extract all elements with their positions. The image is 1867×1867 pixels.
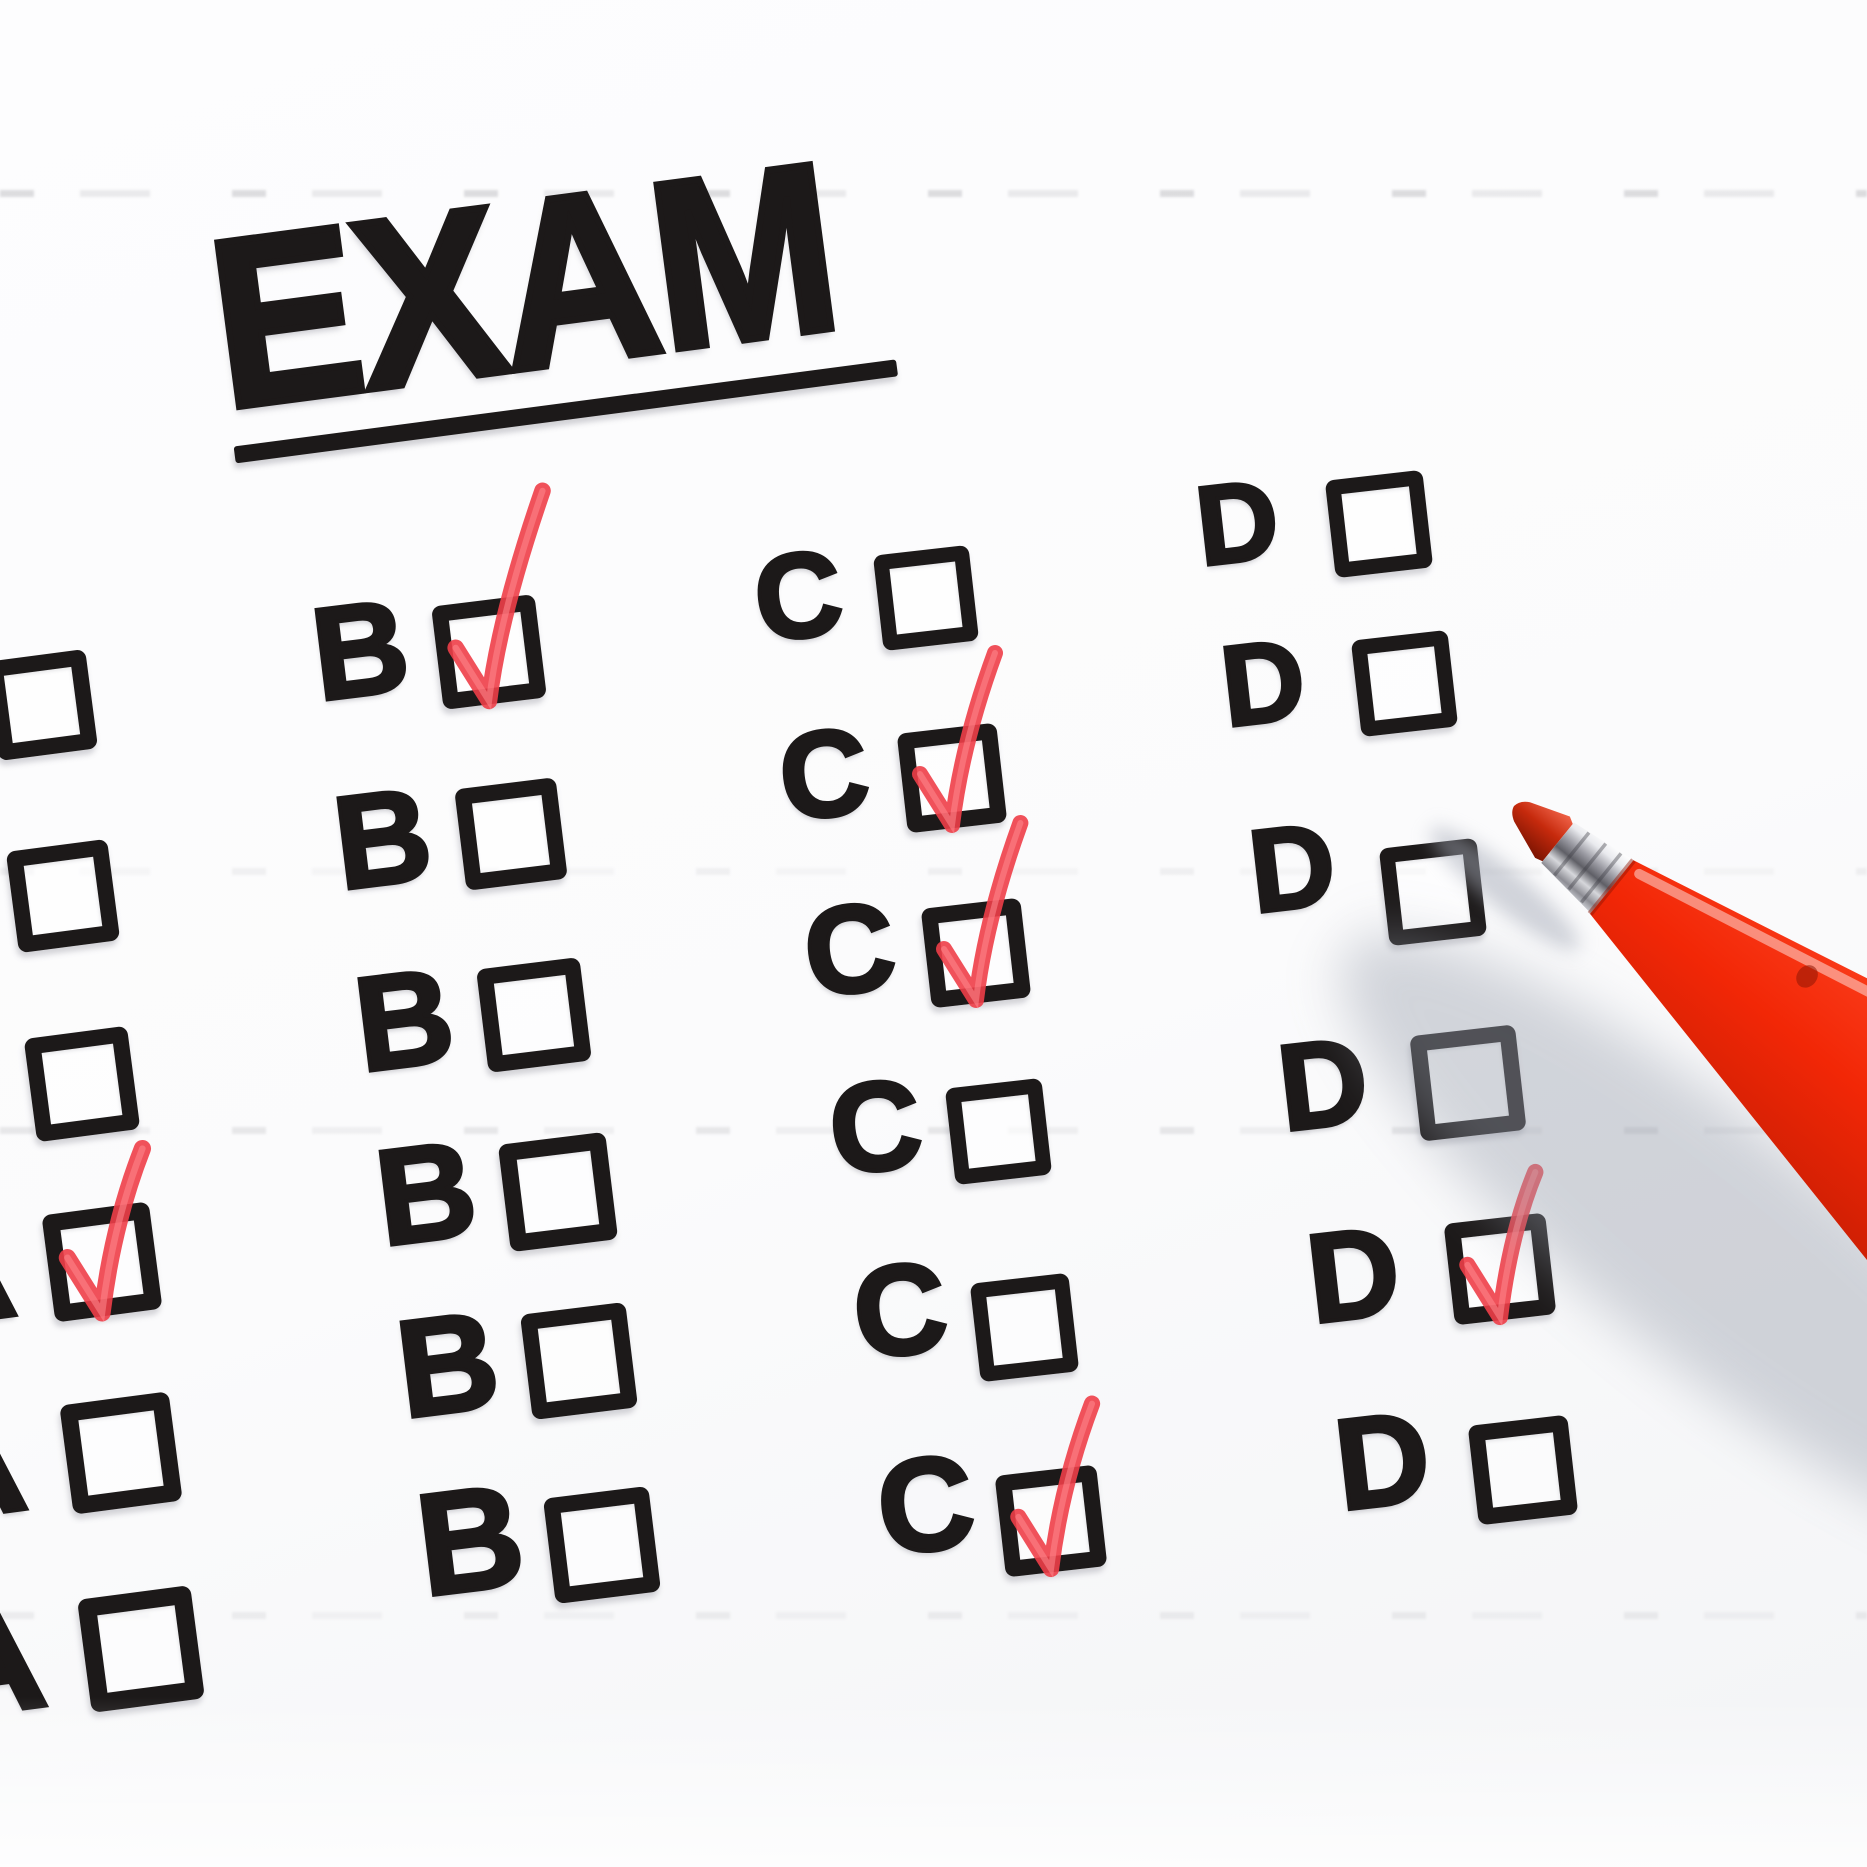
red-marker-pen	[0, 0, 1867, 1867]
exam-sheet-photo: EXAM AAABBBBBBCCCCCCDDDDDD	[0, 0, 1867, 1867]
